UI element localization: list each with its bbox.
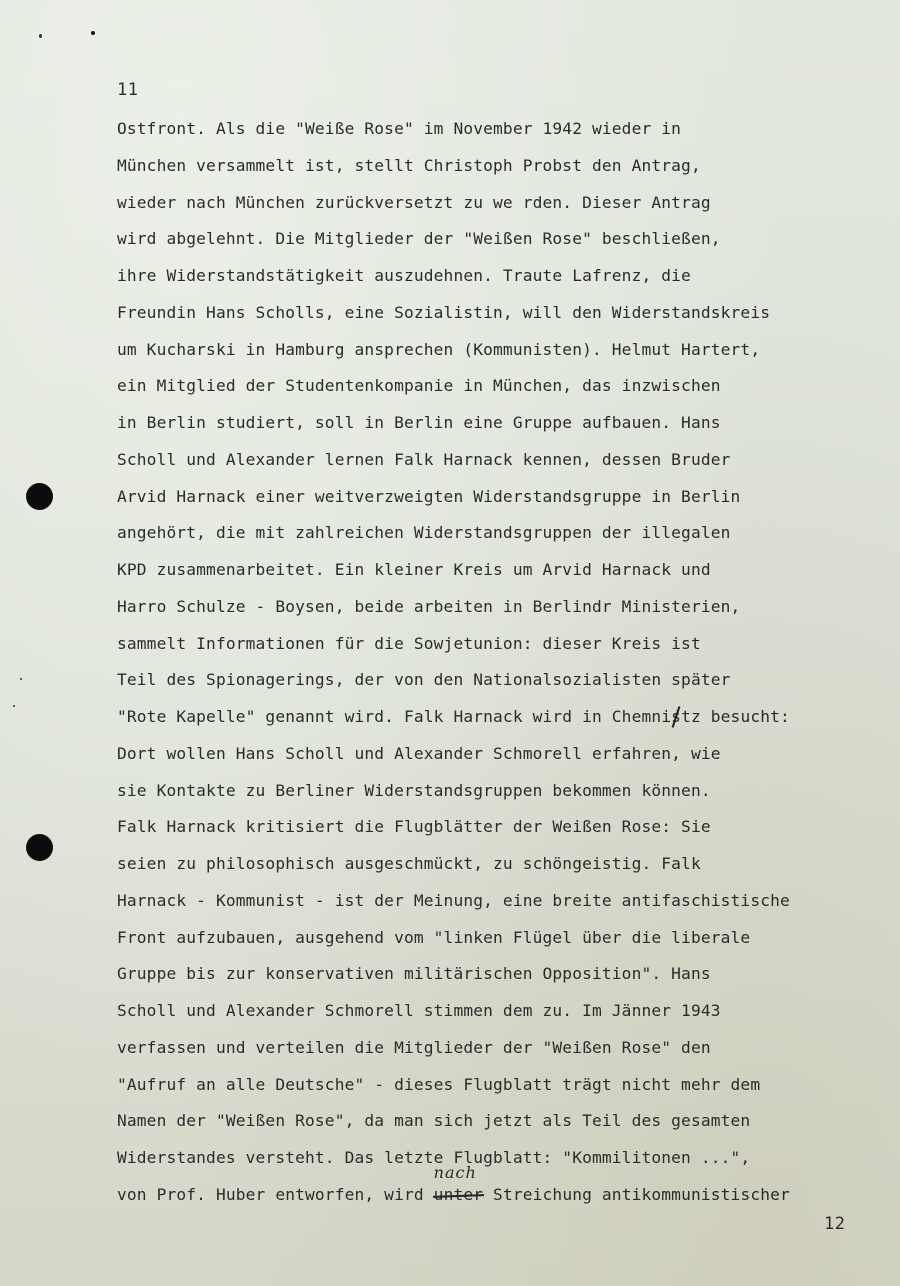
text-line: Teil des Spionagerings, der von den Nati… bbox=[117, 667, 877, 704]
text-line: KPD zusammenarbeitet. Ein kleiner Kreis … bbox=[117, 557, 877, 594]
text-line: "Aufruf an alle Deutsche" - dieses Flugb… bbox=[117, 1072, 877, 1109]
text-line: Widerstandes versteht. Das letzte Flugbl… bbox=[117, 1145, 877, 1182]
text-line: ihre Widerstandstätigkeit auszudehnen. T… bbox=[117, 263, 877, 300]
punch-hole-lower bbox=[26, 834, 53, 861]
text-line: Dort wollen Hans Scholl und Alexander Sc… bbox=[117, 741, 877, 778]
text-segment: "Rote Kapelle" genannt wird. Falk Harnac… bbox=[117, 707, 671, 726]
text-line: seien zu philosophisch ausgeschmückt, zu… bbox=[117, 851, 877, 888]
text-line: angehört, die mit zahlreichen Widerstand… bbox=[117, 520, 877, 557]
text-line: Gruppe bis zur konservativen militärisch… bbox=[117, 961, 877, 998]
text-line: in Berlin studiert, soll in Berlin eine … bbox=[117, 410, 877, 447]
text-line: sammelt Informationen für die Sowjetunio… bbox=[117, 631, 877, 668]
text-line: Falk Harnack kritisiert die Flugblätter … bbox=[117, 814, 877, 851]
text-line: wieder nach München zurückversetzt zu we… bbox=[117, 190, 877, 227]
text-segment: von Prof. Huber entworfen, wird bbox=[117, 1185, 434, 1204]
stray-mark bbox=[39, 34, 42, 38]
text-line: München versammelt ist, stellt Christoph… bbox=[117, 153, 877, 190]
text-line: Arvid Harnack einer weitverzweigten Wide… bbox=[117, 484, 877, 521]
text-line: Scholl und Alexander lernen Falk Harnack… bbox=[117, 447, 877, 484]
page-number-bottom: 12 bbox=[824, 1214, 845, 1234]
text-line: wird abgelehnt. Die Mitglieder der "Weiß… bbox=[117, 226, 877, 263]
text-segment: Streichung antikommunistischer bbox=[483, 1185, 790, 1204]
text-segment: tz besucht: bbox=[681, 707, 790, 726]
text-line: sie Kontakte zu Berliner Widerstandsgrup… bbox=[117, 778, 877, 815]
punch-hole-upper bbox=[26, 483, 53, 510]
text-line: Front aufzubauen, ausgehend vom "linken … bbox=[117, 925, 877, 962]
text-line-with-correction: von Prof. Huber entworfen, wird unternac… bbox=[117, 1182, 877, 1219]
document-page: 11 Ostfront. Als die "Weiße Rose" im Nov… bbox=[0, 0, 900, 1286]
text-line: ein Mitglied der Studentenkompanie in Mü… bbox=[117, 373, 877, 410]
text-line: Namen der "Weißen Rose", da man sich jet… bbox=[117, 1108, 877, 1145]
struck-word: unternach bbox=[434, 1182, 483, 1208]
stray-mark bbox=[91, 31, 95, 35]
stray-mark bbox=[20, 678, 22, 680]
page-number-top: 11 bbox=[117, 80, 138, 100]
body-text: Ostfront. Als die "Weiße Rose" im Novemb… bbox=[117, 116, 877, 1219]
handwritten-correction: nach bbox=[434, 1160, 477, 1186]
text-line: verfassen und verteilen die Mitglieder d… bbox=[117, 1035, 877, 1072]
text-line-with-correction: "Rote Kapelle" genannt wird. Falk Harnac… bbox=[117, 704, 877, 741]
text-line: Harro Schulze - Boysen, beide arbeiten i… bbox=[117, 594, 877, 631]
text-line: Ostfront. Als die "Weiße Rose" im Novemb… bbox=[117, 116, 877, 153]
text-line: um Kucharski in Hamburg ansprechen (Komm… bbox=[117, 337, 877, 374]
text-line: Freundin Hans Scholls, eine Sozialistin,… bbox=[117, 300, 877, 337]
text-line: Harnack - Kommunist - ist der Meinung, e… bbox=[117, 888, 877, 925]
struck-word-text: unter bbox=[434, 1185, 483, 1204]
stray-mark bbox=[13, 705, 15, 707]
text-line: Scholl und Alexander Schmorell stimmen d… bbox=[117, 998, 877, 1035]
struck-character: s bbox=[671, 704, 681, 730]
